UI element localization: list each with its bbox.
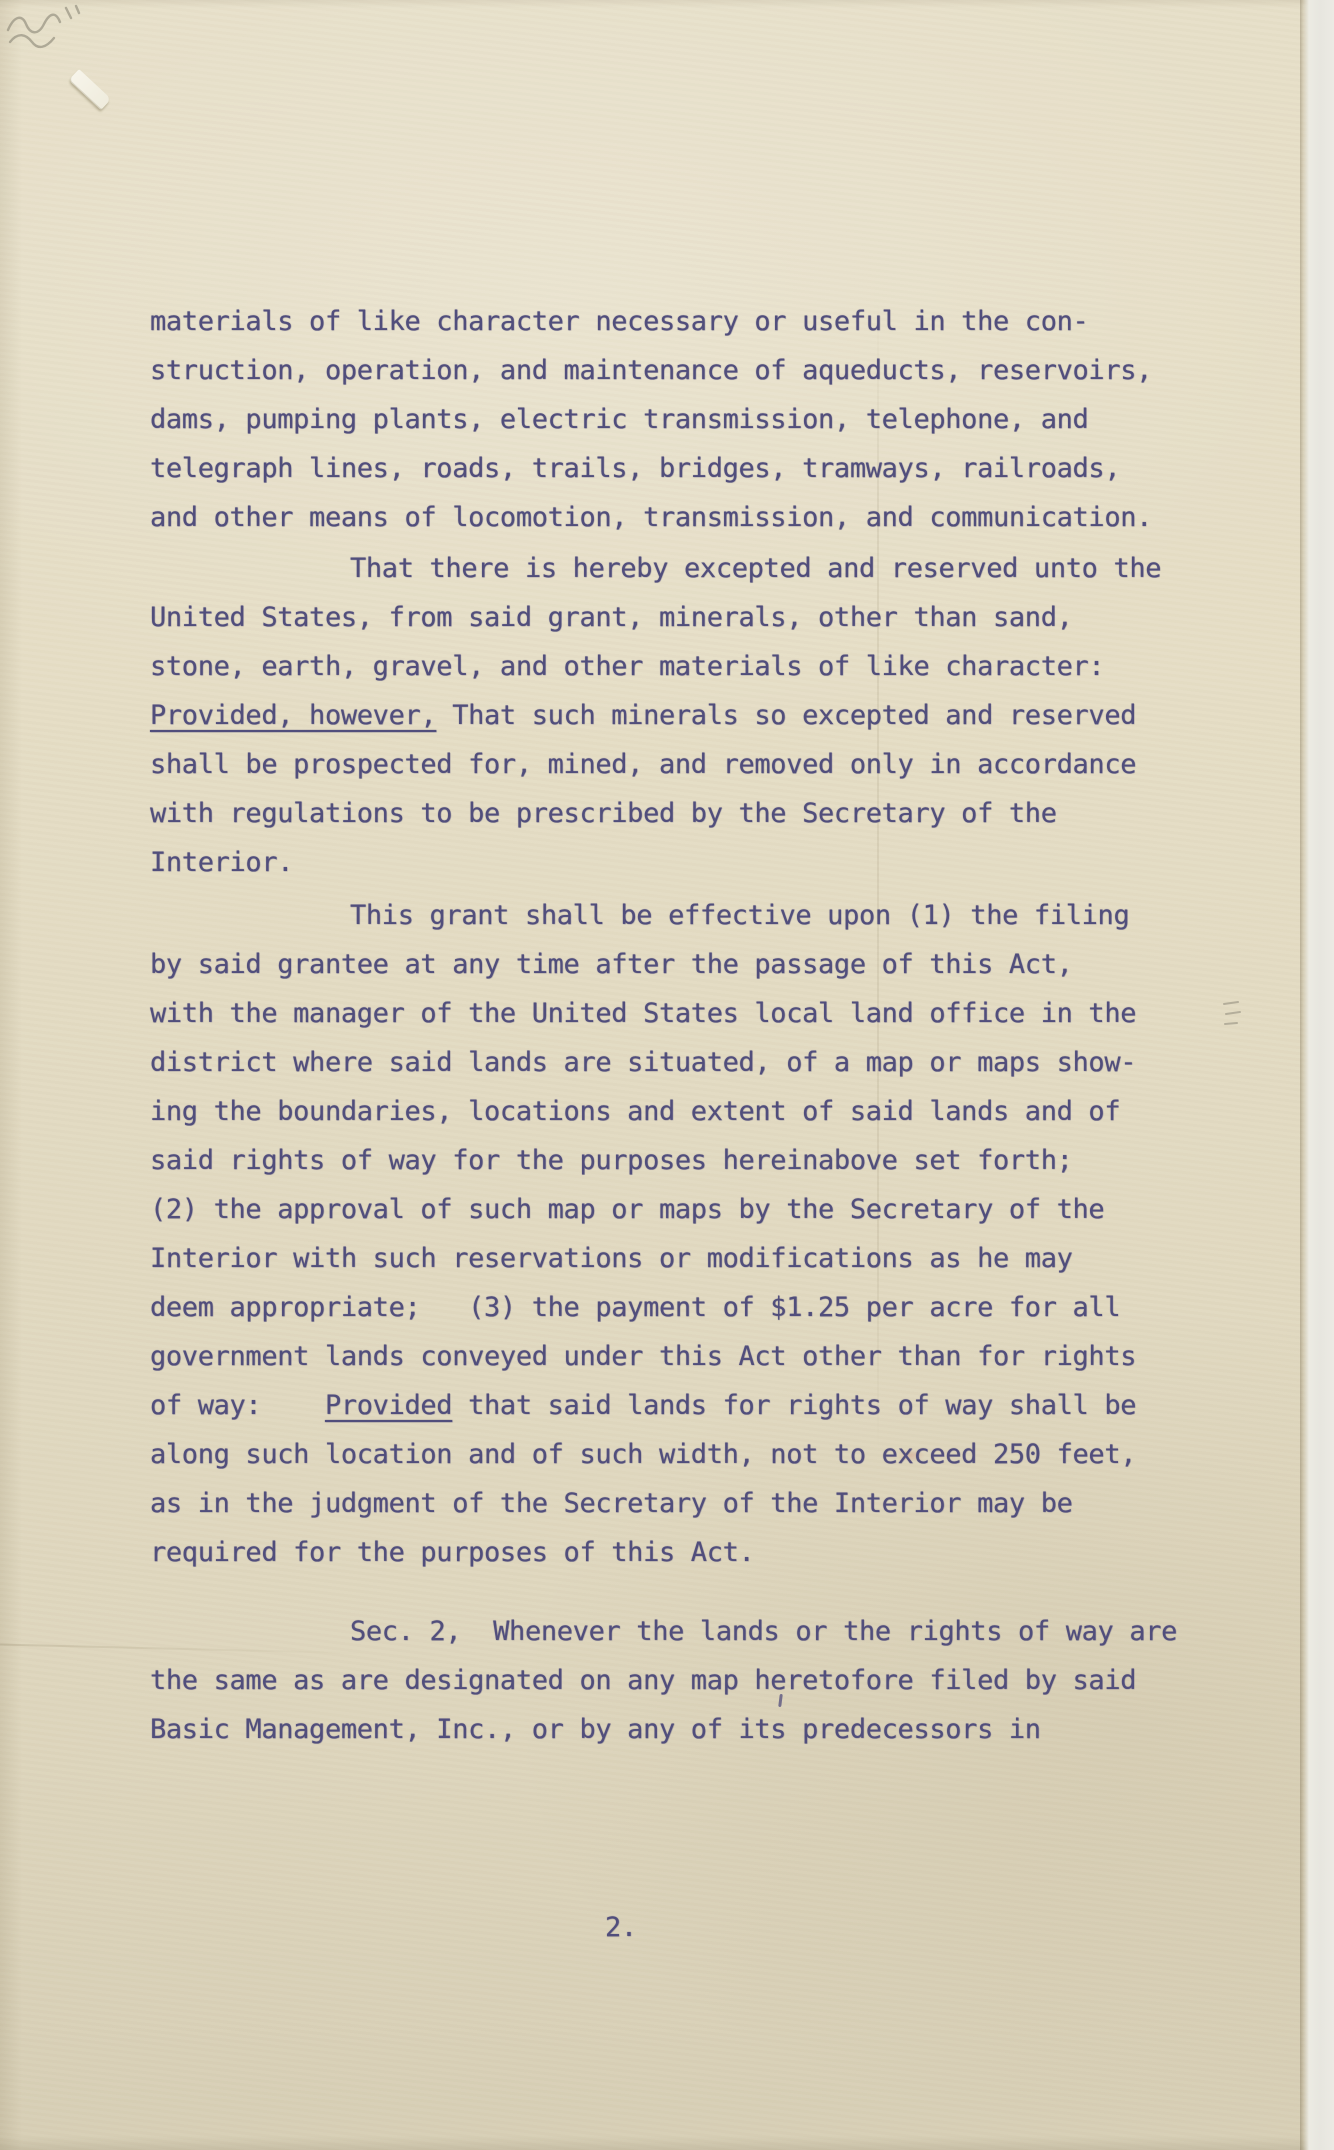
underlined-text: Provided bbox=[325, 1390, 452, 1421]
scanned-document-page: materials of like character necessary or… bbox=[0, 0, 1334, 2150]
text-line: This grant shall be effective upon (1) t… bbox=[150, 891, 1220, 940]
paper-notch bbox=[69, 69, 111, 110]
text-segment: Basic Management, Inc., or by any of its… bbox=[150, 1714, 1041, 1745]
text-line: of way: Provided that said lands for rig… bbox=[150, 1381, 1220, 1430]
paragraph: This grant shall be effective upon (1) t… bbox=[150, 891, 1220, 1577]
text-segment: That there is hereby excepted and reserv… bbox=[350, 553, 1161, 584]
text-segment: stone, earth, gravel, and other material… bbox=[150, 651, 1104, 682]
text-line: deem appropriate; (3) the payment of $1.… bbox=[150, 1283, 1220, 1332]
text-segment: along such location and of such width, n… bbox=[150, 1439, 1136, 1470]
text-segment: government lands conveyed under this Act… bbox=[150, 1341, 1136, 1372]
text-segment: United States, from said grant, minerals… bbox=[150, 602, 1073, 633]
text-line: Interior with such reservations or modif… bbox=[150, 1234, 1220, 1283]
text-segment: by said grantee at any time after the pa… bbox=[150, 949, 1073, 980]
text-line: telegraph lines, roads, trails, bridges,… bbox=[150, 444, 1220, 493]
text-line: district where said lands are situated, … bbox=[150, 1038, 1220, 1087]
text-line: required for the purposes of this Act. bbox=[150, 1528, 1220, 1577]
pencil-scribble bbox=[2, 0, 98, 60]
text-segment: struction, operation, and maintenance of… bbox=[150, 355, 1152, 386]
text-line: dams, pumping plants, electric transmiss… bbox=[150, 395, 1220, 444]
text-line: and other means of locomotion, transmiss… bbox=[150, 493, 1220, 542]
text-segment: and other means of locomotion, transmiss… bbox=[150, 502, 1152, 533]
text-line: by said grantee at any time after the pa… bbox=[150, 940, 1220, 989]
typewritten-text: materials of like character necessary or… bbox=[150, 297, 1220, 1754]
text-segment: (2) the approval of such map or maps by … bbox=[150, 1194, 1104, 1225]
text-segment: materials of like character necessary or… bbox=[150, 306, 1088, 337]
text-segment: district where said lands are situated, … bbox=[150, 1047, 1136, 1078]
text-segment: Sec. 2, Whenever the lands or the rights… bbox=[350, 1616, 1177, 1647]
paragraph: Sec. 2, Whenever the lands or the rights… bbox=[150, 1607, 1220, 1754]
text-segment: ing the boundaries, locations and extent… bbox=[150, 1096, 1120, 1127]
text-segment: with the manager of the United States lo… bbox=[150, 998, 1136, 1029]
text-line: United States, from said grant, minerals… bbox=[150, 593, 1220, 642]
text-line: Interior. bbox=[150, 838, 1220, 887]
page-number: 2. bbox=[605, 1903, 637, 1952]
text-line: with regulations to be prescribed by the… bbox=[150, 789, 1220, 838]
text-segment: that said lands for rights of way shall … bbox=[452, 1390, 1136, 1421]
paragraph: materials of like character necessary or… bbox=[150, 297, 1220, 542]
text-line: shall be prospected for, mined, and remo… bbox=[150, 740, 1220, 789]
text-segment: telegraph lines, roads, trails, bridges,… bbox=[150, 453, 1120, 484]
text-segment: Interior with such reservations or modif… bbox=[150, 1243, 1073, 1274]
text-line: government lands conveyed under this Act… bbox=[150, 1332, 1220, 1381]
text-line: That there is hereby excepted and reserv… bbox=[150, 544, 1220, 593]
text-line: (2) the approval of such map or maps by … bbox=[150, 1185, 1220, 1234]
text-segment: dams, pumping plants, electric transmiss… bbox=[150, 404, 1088, 435]
text-line: said rights of way for the purposes here… bbox=[150, 1136, 1220, 1185]
text-segment: required for the purposes of this Act. bbox=[150, 1537, 754, 1568]
text-segment: shall be prospected for, mined, and remo… bbox=[150, 749, 1136, 780]
text-segment: with regulations to be prescribed by the… bbox=[150, 798, 1057, 829]
paragraph: That there is hereby excepted and reserv… bbox=[150, 544, 1220, 887]
text-segment: This grant shall be effective upon (1) t… bbox=[350, 900, 1129, 931]
underlined-text: Provided, however, bbox=[150, 700, 436, 731]
text-line: with the manager of the United States lo… bbox=[150, 989, 1220, 1038]
text-line: along such location and of such width, n… bbox=[150, 1430, 1220, 1479]
text-line: Basic Management, Inc., or by any of its… bbox=[150, 1705, 1220, 1754]
text-line: stone, earth, gravel, and other material… bbox=[150, 642, 1220, 691]
text-segment: of way: bbox=[150, 1390, 325, 1421]
text-segment: Interior. bbox=[150, 847, 293, 878]
text-segment: said rights of way for the purposes here… bbox=[150, 1145, 1073, 1176]
text-line: struction, operation, and maintenance of… bbox=[150, 346, 1220, 395]
text-line: the same as are designated on any map he… bbox=[150, 1656, 1220, 1705]
text-line: materials of like character necessary or… bbox=[150, 297, 1220, 346]
text-line: ing the boundaries, locations and extent… bbox=[150, 1087, 1220, 1136]
scan-edge-strip bbox=[1300, 0, 1334, 2150]
text-line: as in the judgment of the Secretary of t… bbox=[150, 1479, 1220, 1528]
text-segment: deem appropriate; (3) the payment of $1.… bbox=[150, 1292, 1120, 1323]
text-segment: as in the judgment of the Secretary of t… bbox=[150, 1488, 1073, 1519]
margin-pencil-marks bbox=[1222, 1000, 1244, 1034]
text-segment: That such minerals so excepted and reser… bbox=[436, 700, 1136, 731]
text-line: Sec. 2, Whenever the lands or the rights… bbox=[150, 1607, 1220, 1656]
text-line: Provided, however, That such minerals so… bbox=[150, 691, 1220, 740]
text-segment: the same as are designated on any map he… bbox=[150, 1665, 1136, 1696]
